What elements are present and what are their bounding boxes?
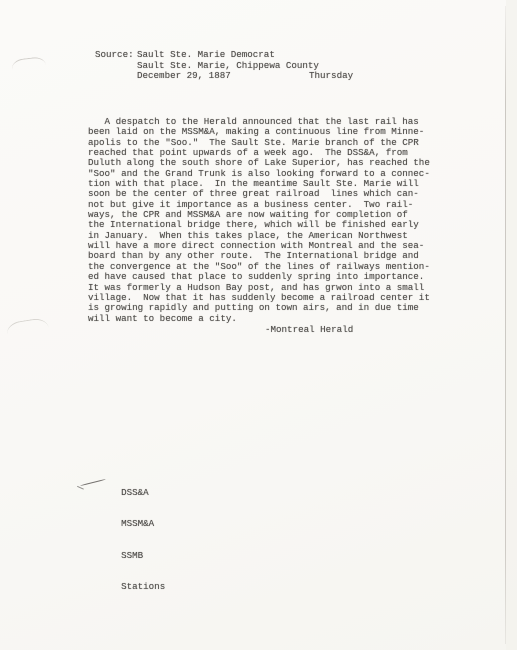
index-tag-label: SSMB (121, 550, 143, 561)
index-tag: MSSM&A (88, 509, 165, 541)
paper-curl-mark-top (11, 56, 47, 78)
scanned-document-page: Source: Sault Ste. Marie Democrat Sault … (0, 0, 517, 650)
checkmark-stroke-icon (80, 479, 106, 487)
attribution-line: -Montreal Herald (265, 325, 353, 335)
index-tag-label: DSS&A (121, 487, 149, 498)
paper-right-margin (506, 0, 517, 650)
paper-curl-mark-middle (6, 317, 51, 345)
source-citation: Sault Ste. Marie Democrat Sault Ste. Mar… (137, 50, 319, 82)
source-label: Source: (95, 50, 134, 61)
index-tag: Stations (88, 572, 165, 604)
index-tag: SSMB (88, 540, 165, 572)
index-tag-list: DSS&A MSSM&A SSMB Stations (88, 477, 165, 603)
index-tag-label: Stations (121, 581, 165, 592)
index-tag: DSS&A (88, 477, 165, 509)
weekday-label: Thursday (309, 71, 353, 82)
index-tag-label: MSSM&A (121, 518, 154, 529)
paper-edge-shadow (505, 6, 506, 644)
article-body: A despatch to the Herald announced that … (88, 117, 430, 324)
